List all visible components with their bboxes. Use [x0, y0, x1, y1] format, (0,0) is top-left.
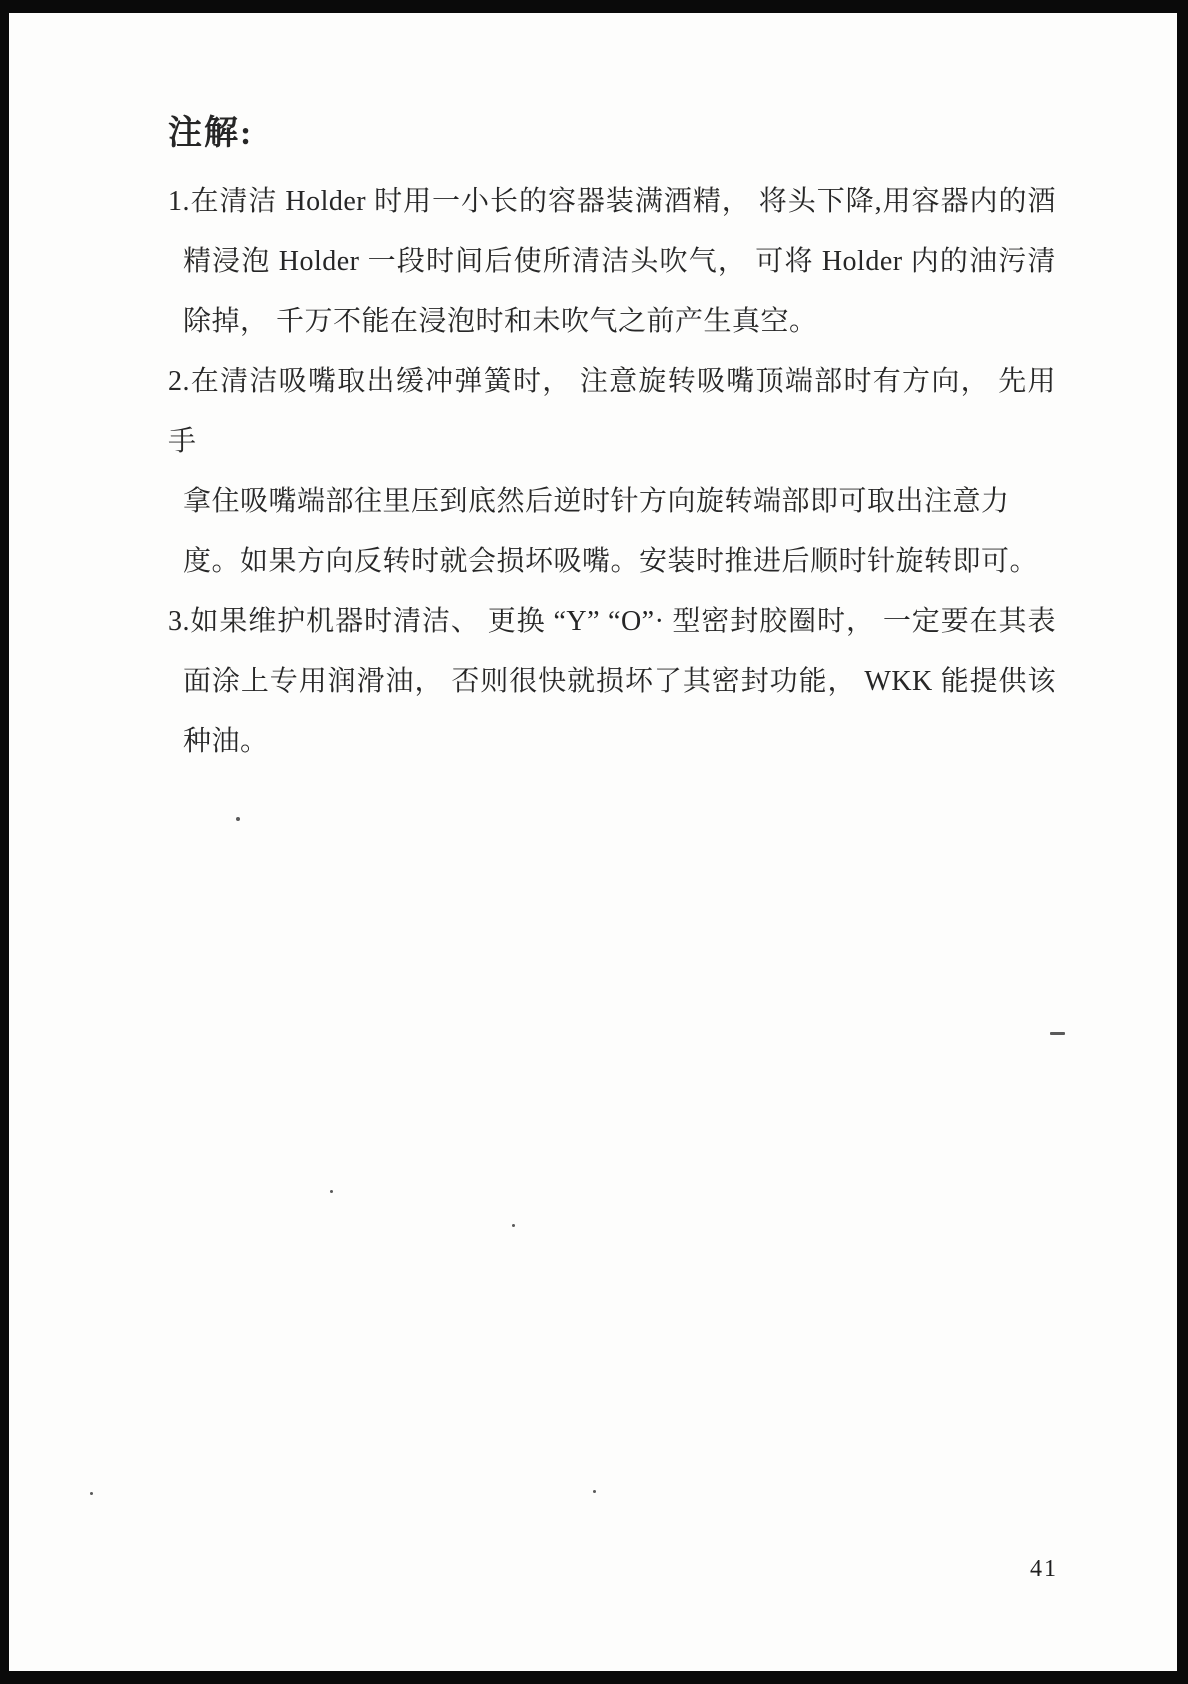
note-line: 精浸泡 Holder 一段时间后使所清洁头吹气， 可将 Holder 内的油污清: [183, 232, 1056, 292]
scan-border-bottom: [0, 1671, 1188, 1684]
note-item-1: 1.在清洁 Holder 时用一小长的容器装满酒精， 将头下降,用容器内的酒 精…: [168, 172, 1056, 352]
note-item-2: 2.在清洁吸嘴取出缓冲弹簧时， 注意旋转吸嘴顶端部时有方向， 先用手 拿住吸嘴端…: [168, 352, 1056, 592]
note-line: 1.在清洁 Holder 时用一小长的容器装满酒精， 将头下降,用容器内的酒: [168, 172, 1056, 232]
note-line: 3.如果维护机器时清洁、 更换 “Y” “O”· 型密封胶圈时， 一定要在其表: [168, 592, 1056, 652]
note-line: 拿住吸嘴端部往里压到底然后逆时针方向旋转端部即可取出注意力: [183, 472, 1056, 532]
document-body: 注解: 1.在清洁 Holder 时用一小长的容器装满酒精， 将头下降,用容器内…: [168, 106, 1056, 772]
page-number: 41: [1030, 1556, 1058, 1583]
scan-speck: [236, 817, 240, 821]
note-line: 度。如果方向反转时就会损坏吸嘴。安装时推进后顺时针旋转即可。: [183, 532, 1056, 592]
section-title: 注解:: [168, 106, 1056, 162]
note-line: 除掉， 千万不能在浸泡时和未吹气之前产生真空。: [183, 292, 1056, 352]
note-line: 2.在清洁吸嘴取出缓冲弹簧时， 注意旋转吸嘴顶端部时有方向， 先用手: [168, 352, 1056, 472]
note-line: 种油。: [183, 712, 1056, 772]
scan-border-top: [0, 0, 1188, 13]
scan-border-left: [0, 0, 9, 1684]
scan-border-right: [1177, 0, 1188, 1684]
note-line: 面涂上专用润滑油， 否则很快就损坏了其密封功能， WKK 能提供该: [183, 652, 1056, 712]
scan-speck: [1050, 1032, 1065, 1035]
scanned-document-page: 注解: 1.在清洁 Holder 时用一小长的容器装满酒精， 将头下降,用容器内…: [0, 0, 1188, 1684]
scan-speck: [90, 1492, 93, 1495]
note-item-3: 3.如果维护机器时清洁、 更换 “Y” “O”· 型密封胶圈时， 一定要在其表 …: [168, 592, 1056, 772]
scan-speck: [330, 1190, 333, 1193]
scan-speck: [593, 1490, 596, 1493]
scan-speck: [512, 1224, 515, 1227]
